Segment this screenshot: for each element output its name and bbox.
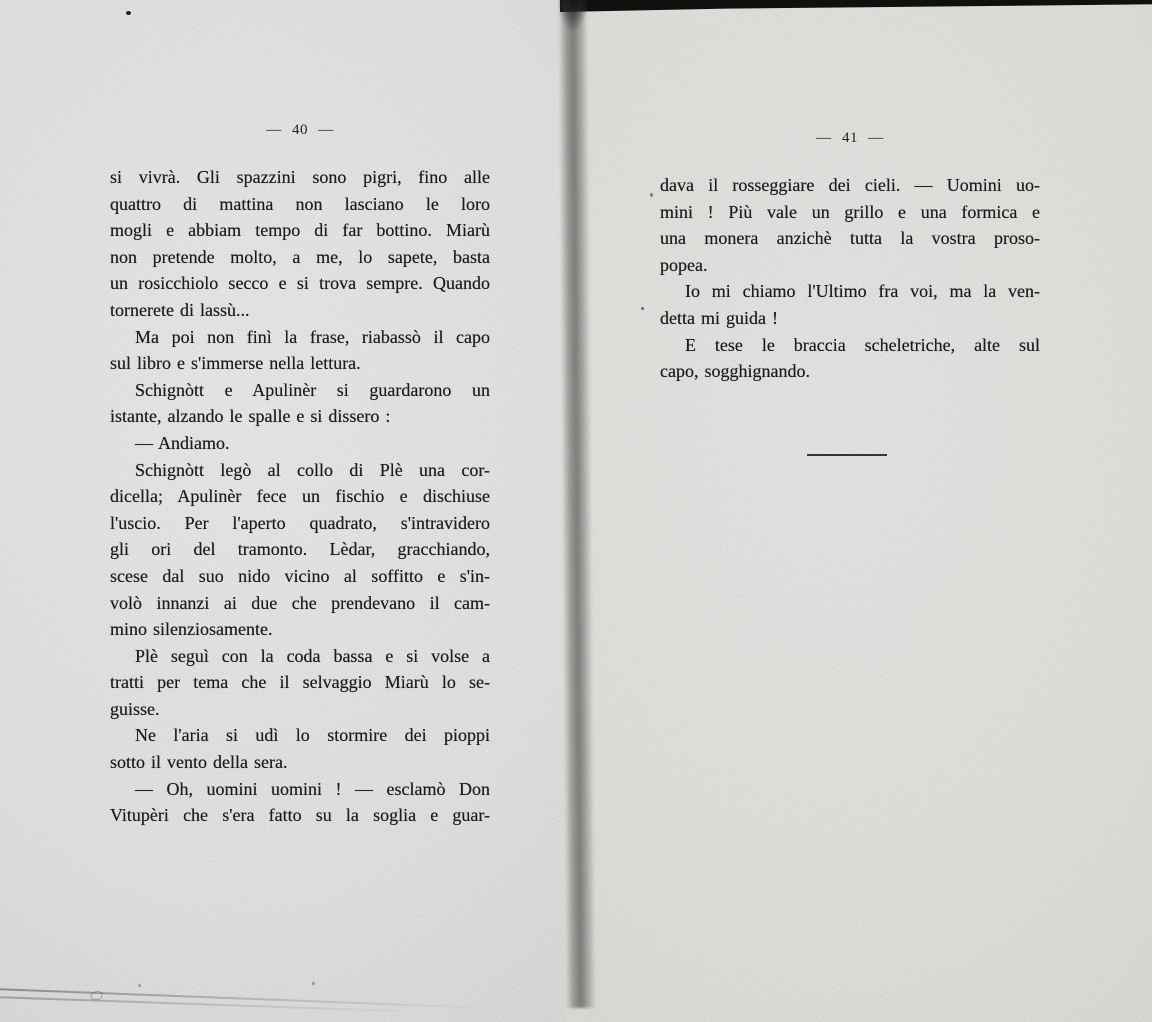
page-number-41: — 41 — [660,128,1040,148]
text-line: popea. [660,252,1040,279]
text-line: scese dal suo nido vicino al soffitto e … [110,563,490,590]
text-line: tratti per tema che il selvaggio Miarù l… [110,669,490,696]
text-line: l'uscio. Per l'aperto quadrato, s'intrav… [110,510,490,537]
page-41-body: dava il rosseggiare dei cieli. — Uomini … [660,172,1040,385]
text-line: volò innanzi ai due che prendevano il ca… [110,590,490,617]
text-line: — Oh, uomini uomini ! — esclamò Don [110,776,490,803]
page-40-text-column: — 40 — si vivrà. Gli spazzini sono pigri… [110,120,490,829]
text-line: guisse. [110,696,490,723]
text-line: Io mi chiamo l'Ultimo fra voi, ma la ven… [660,278,1040,305]
section-separator-rule [807,454,887,456]
text-line: Ne l'aria si udì lo stormire dei pioppi [110,722,490,749]
page-number-40: — 40 — [110,120,490,140]
text-line: non pretende molto, a me, lo sapete, bas… [110,244,490,271]
text-line: Plè seguì con la coda bassa e si volse a [110,643,490,670]
text-line: tornerete di lassù... [110,297,490,324]
text-line: Vitupèri che s'era fatto su la soglia e … [110,802,490,829]
text-line: istante, alzando le spalle e si dissero … [110,403,490,430]
text-line: Schignòtt e Apulinèr si guardarono un [110,377,490,404]
text-line: si vivrà. Gli spazzini sono pigri, fino … [110,164,490,191]
text-line: mino silenziosamente. [110,616,490,643]
text-line: — Andiamo. [110,430,490,457]
text-line: sotto il vento della sera. [110,749,490,776]
text-line: E tese le braccia scheletriche, alte sul [660,332,1040,359]
page-40-body: si vivrà. Gli spazzini sono pigri, fino … [110,164,490,829]
text-line: gli ori del tramonto. Lèdar, gracchiando… [110,536,490,563]
text-line: detta mi guida ! [660,305,1040,332]
book-scan: — 40 — si vivrà. Gli spazzini sono pigri… [0,0,1152,1022]
page-41-text-column: — 41 — dava il rosseggiare dei cieli. — … [660,128,1040,385]
text-line: sul libro e s'immerse nella lettura. [110,350,490,377]
text-line: quattro di mattina non lasciano le loro [110,191,490,218]
ink-speck [641,307,644,310]
text-line: Schignòtt legò al collo di Plè una cor- [110,457,490,484]
ink-speck [312,982,315,985]
text-line: una monera anzichè tutta la vostra proso… [660,225,1040,252]
binding-gutter-shadow [558,0,588,30]
text-line: dicella; Apulinèr fece un fischio e disc… [110,483,490,510]
text-line: mogli e abbiam tempo di far bottino. Mia… [110,217,490,244]
text-line: dava il rosseggiare dei cieli. — Uomini … [660,172,1040,199]
ink-speck [126,11,131,15]
text-line: mini ! Più vale un grillo e una formica … [660,199,1040,226]
ink-speck [138,984,141,987]
text-line: Ma poi non finì la frase, riabassò il ca… [110,324,490,351]
text-line: un rosicchiolo secco e si trova sempre. … [110,270,490,297]
ink-speck [650,193,653,197]
text-line: capo, sogghignando. [660,358,1040,385]
